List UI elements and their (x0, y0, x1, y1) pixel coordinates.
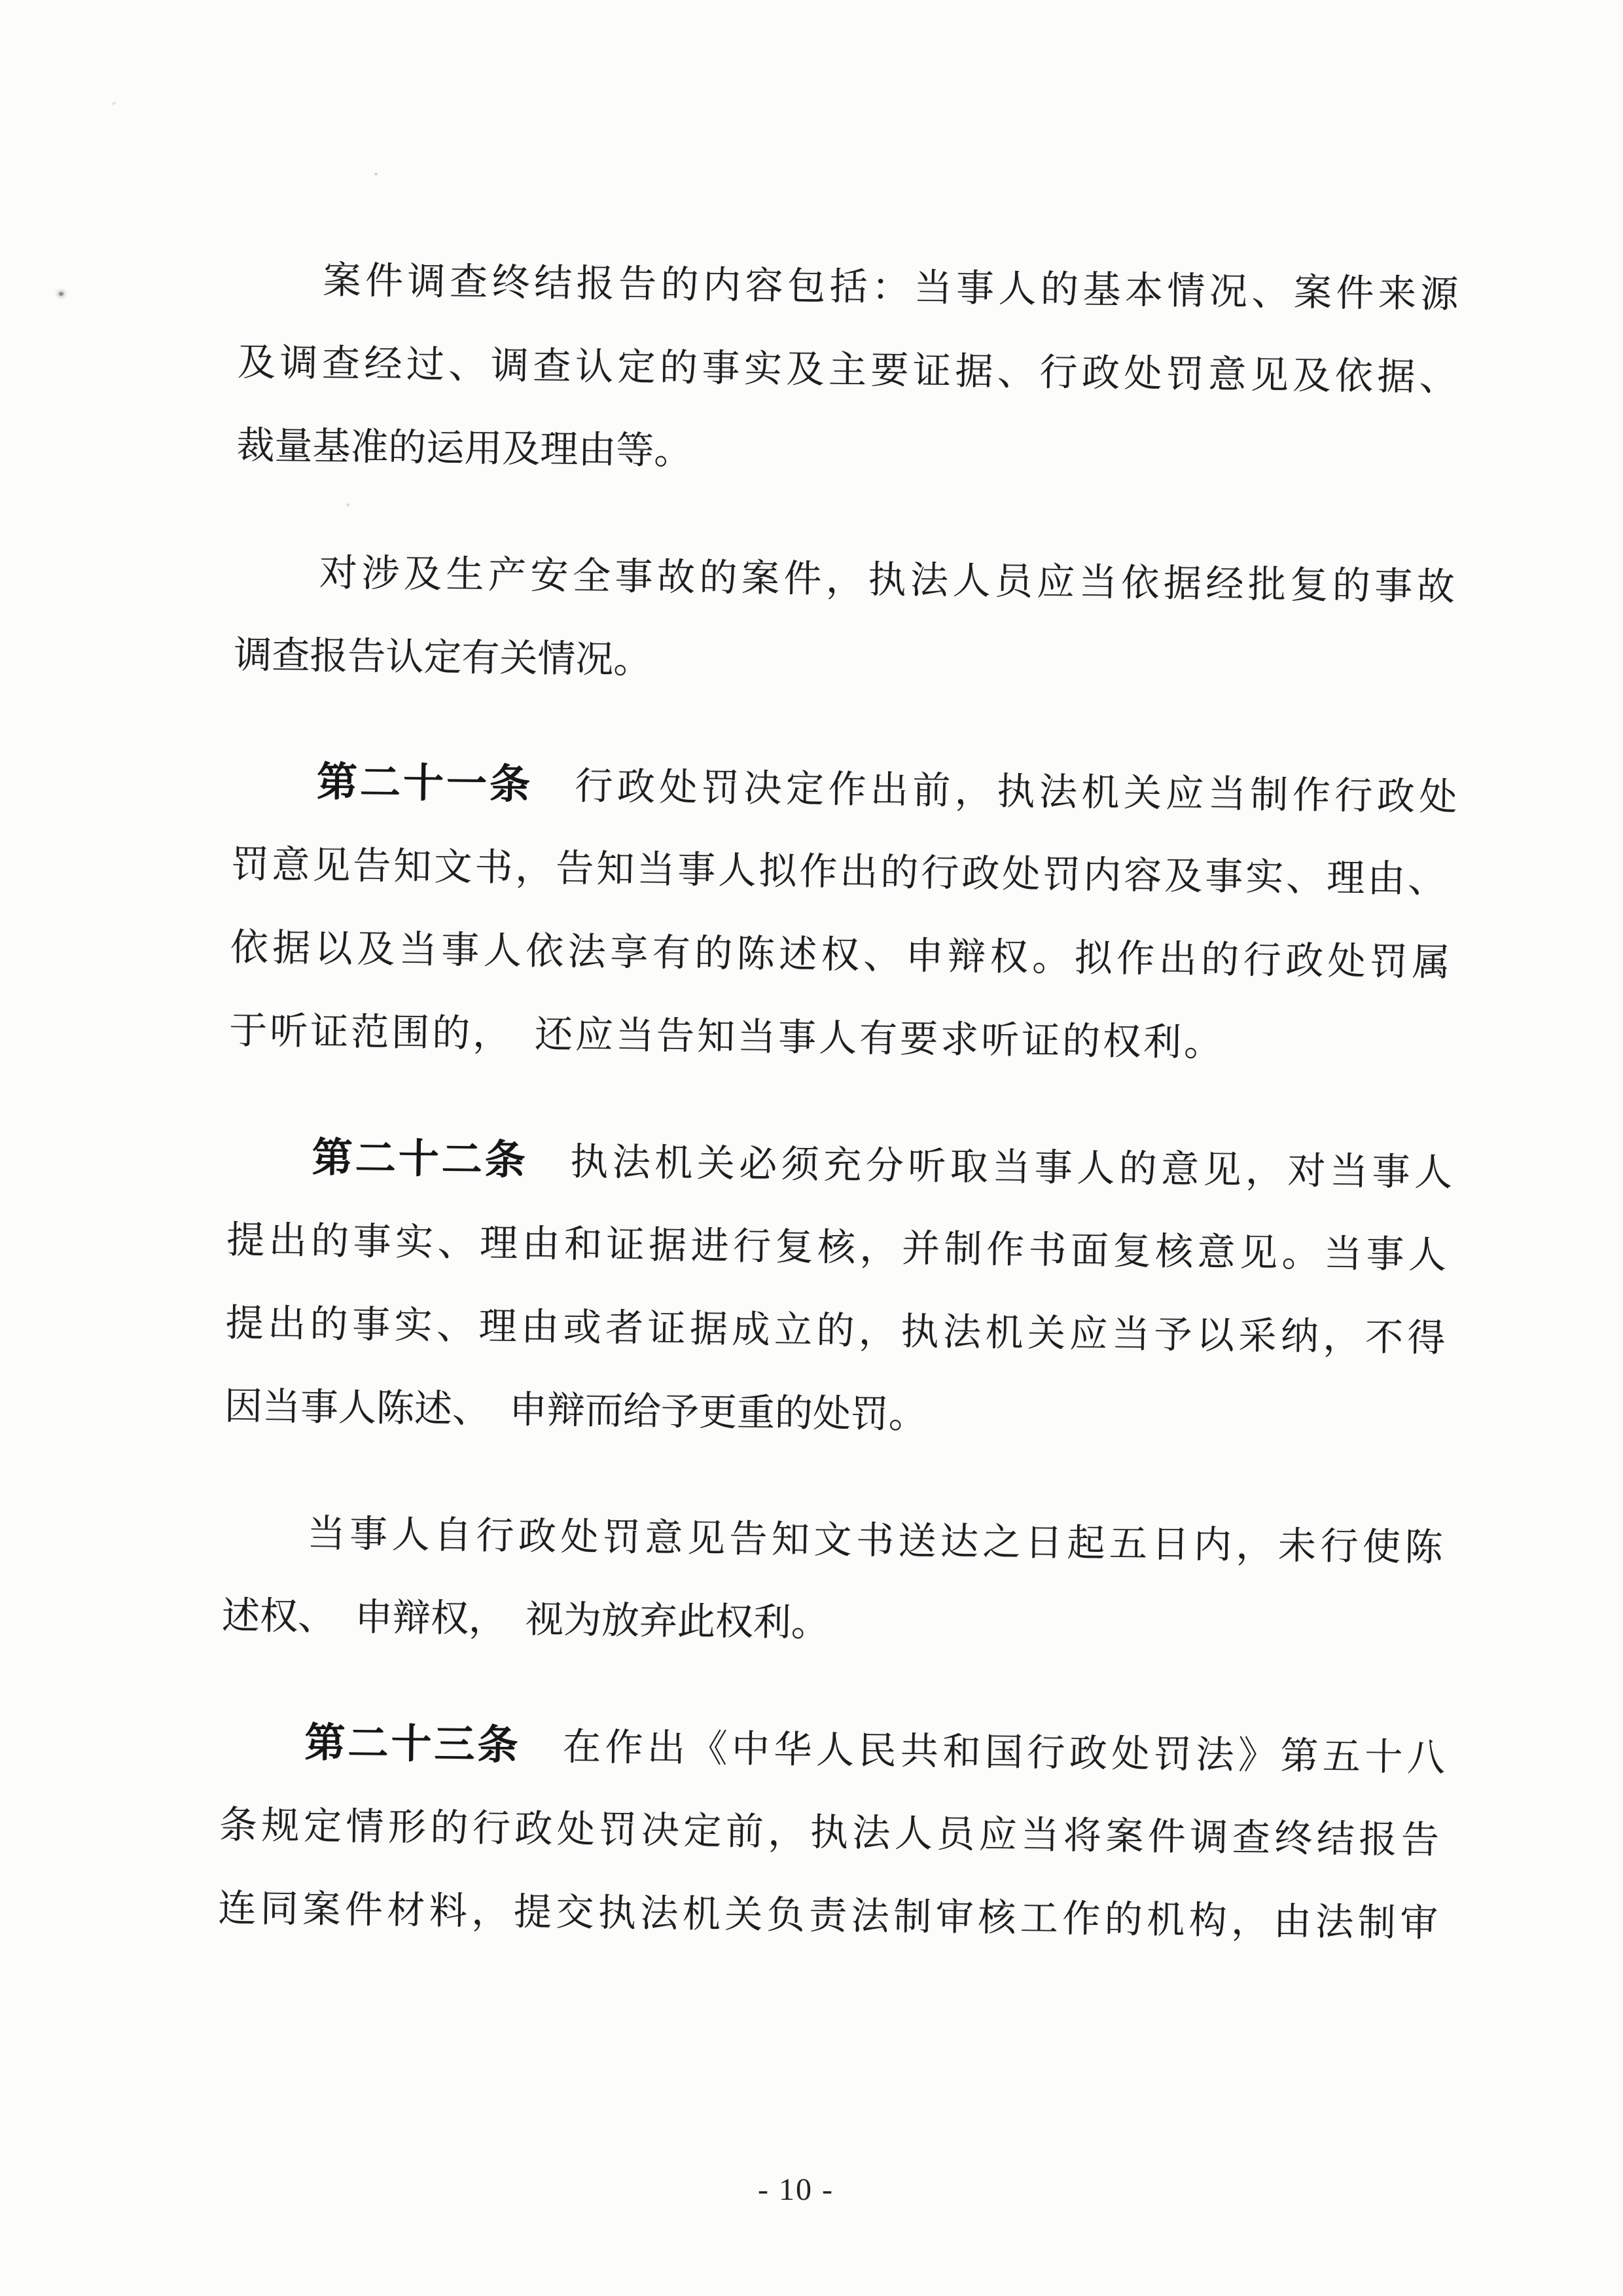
text-line: 连同案件材料，提交执法机关负责法制审核工作的机构，由法制审 (218, 1867, 1442, 1965)
text-line: 裁量基准的运用及理由等。 (236, 404, 1461, 502)
scan-speck (59, 292, 63, 296)
scan-speck (111, 101, 117, 105)
paragraph-article-22: 第二十二条 执法机关必须充分听取当事人的意见，对当事人 提出的事实、理由和证据进… (224, 1115, 1452, 1463)
text-line: 案件调查终结报告的内容包括：当事人的基本情况、案件来源 (238, 238, 1463, 336)
text-line: 第二十一条 行政处罚决定作出前，执法机关应当制作行政处 (232, 740, 1456, 838)
text-line: 第二十三条 在作出《中华人民共和国行政处罚法》第五十八 (220, 1700, 1444, 1799)
text-line: 对涉及生产安全事故的案件，执法人员应当依据经批复的事故 (234, 530, 1459, 628)
text-line: 当事人自行政处罚意见告知文书送达之日起五日内，未行使陈 (223, 1491, 1447, 1589)
article-number: 第二十三条 (304, 1720, 521, 1768)
text-line: 提出的事实、理由和证据进行复核，并制作书面复核意见。当事人 (226, 1198, 1450, 1297)
text-line-rest: 执法机关必须充分听取当事人的意见，对当事人 (527, 1140, 1457, 1194)
paragraph: 对涉及生产安全事故的案件，执法人员应当依据经批复的事故 调查报告认定有关情况。 (234, 530, 1459, 711)
text-line: 条规定情形的行政处罚决定前，执法人员应当将案件调查终结报告 (219, 1784, 1443, 1882)
text-line: 依据以及当事人依法享有的陈述权、申辩权。拟作出的行政处罚属 (230, 906, 1454, 1004)
text-line: 于听证范围的， 还应当告知当事人有要求听证的权利。 (228, 989, 1453, 1087)
text-line: 因当事人陈述、 申辩而给予更重的处罚。 (224, 1365, 1448, 1463)
paragraph: 案件调查终结报告的内容包括：当事人的基本情况、案件来源 及调查经过、调查认定的事… (236, 238, 1463, 502)
page-number: - 10 - (0, 2172, 1607, 2208)
article-number: 第二十二条 (312, 1136, 528, 1183)
text-line-rest: 行政处罚决定作出前，执法机关应当制作行政处 (533, 764, 1462, 819)
text-line: 述权、 申辩权， 视为放弃此权利。 (221, 1574, 1446, 1672)
paragraph-article-23: 第二十三条 在作出《中华人民共和国行政处罚法》第五十八 条规定情形的行政处罚决定… (218, 1700, 1445, 1965)
scanned-page: 案件调查终结报告的内容包括：当事人的基本情况、案件来源 及调查经过、调查认定的事… (0, 0, 1623, 2296)
text-line: 提出的事实、理由或者证据成立的，执法机关应当予以采纳，不得 (225, 1282, 1450, 1380)
text-line: 第二十二条 执法机关必须充分听取当事人的意见，对当事人 (227, 1115, 1452, 1213)
text-line: 调查报告认定有关情况。 (234, 613, 1458, 711)
text-line-rest: 在作出《中华人民共和国行政处罚法》第五十八 (520, 1725, 1450, 1780)
paragraph-article-21: 第二十一条 行政处罚决定作出前，执法机关应当制作行政处 罚意见告知文书，告知当事… (228, 740, 1456, 1087)
scan-speck (374, 173, 378, 175)
text-line: 罚意见告知文书，告知当事人拟作出的行政处罚内容及事实、理由、 (231, 823, 1455, 921)
article-number: 第二十一条 (317, 760, 533, 808)
paragraph: 当事人自行政处罚意见告知文书送达之日起五日内，未行使陈 述权、 申辩权， 视为放… (221, 1491, 1447, 1672)
text-line: 及调查经过、调查认定的事实及主要证据、行政处罚意见及依据、 (237, 321, 1461, 419)
document-body: 案件调查终结报告的内容包括：当事人的基本情况、案件来源 及调查经过、调查认定的事… (218, 238, 1463, 1965)
